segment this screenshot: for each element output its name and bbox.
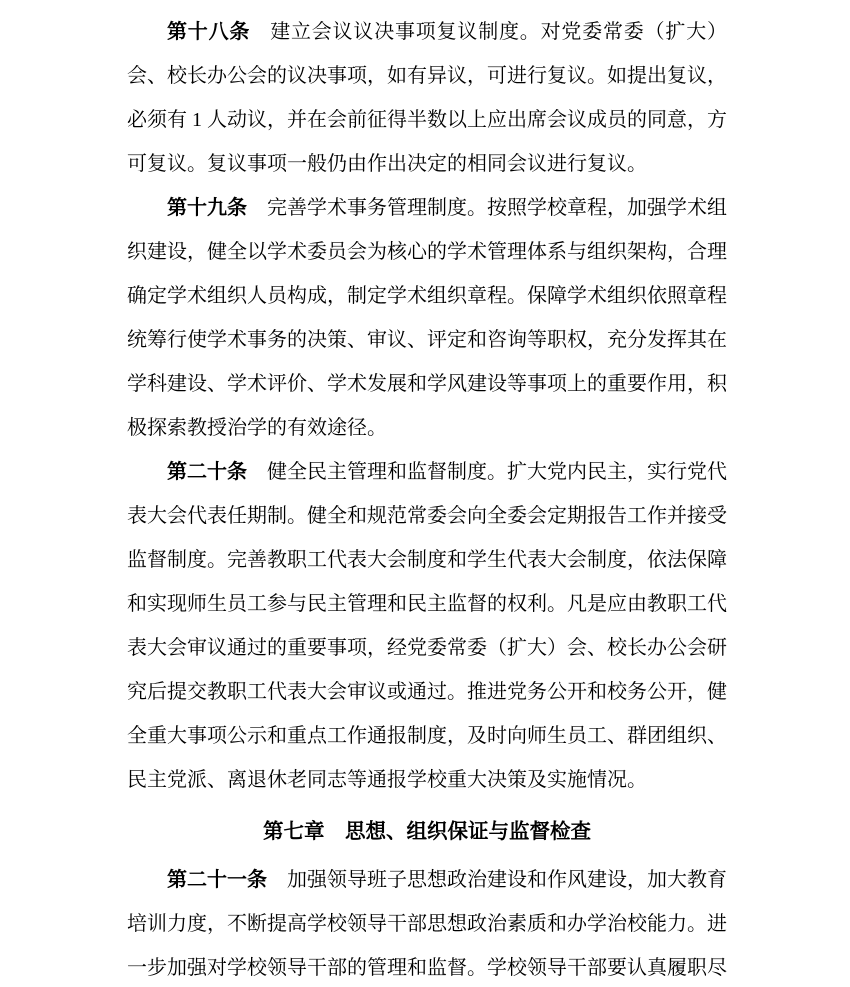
article-text: 建立会议议决事项复议制度。对党委常委（扩大）会、校长办公会的议决事项，如有异议，… xyxy=(127,21,727,175)
article-number: 第十八条 xyxy=(167,21,250,43)
article-number: 第十九条 xyxy=(167,197,247,219)
article-paragraph: 第十八条建立会议议决事项复议制度。对党委常委（扩大）会、校长办公会的议决事项，如… xyxy=(127,10,727,186)
article-number: 第二十一条 xyxy=(167,869,267,891)
article-text: 完善学术事务管理制度。按照学校章程，加强学术组织建设，健全以学术委员会为核心的学… xyxy=(127,197,727,439)
article-paragraph: 第十九条完善学术事务管理制度。按照学校章程，加强学术组织建设，健全以学术委员会为… xyxy=(127,186,727,450)
document-page: 第十八条建立会议议决事项复议制度。对党委常委（扩大）会、校长办公会的议决事项，如… xyxy=(0,0,850,987)
paragraph-list: 第十八条建立会议议决事项复议制度。对党委常委（扩大）会、校长办公会的议决事项，如… xyxy=(127,10,727,987)
article-paragraph: 第二十一条加强领导班子思想政治建设和作风建设，加大教育培训力度，不断提高学校领导… xyxy=(127,858,727,987)
article-paragraph: 第二十条健全民主管理和监督制度。扩大党内民主，实行党代表大会代表任期制。健全和规… xyxy=(127,450,727,802)
article-number: 第二十条 xyxy=(167,461,247,483)
article-text: 健全民主管理和监督制度。扩大党内民主，实行党代表大会代表任期制。健全和规范常委会… xyxy=(127,461,727,791)
chapter-heading: 第七章 思想、组织保证与监督检查 xyxy=(127,810,727,854)
